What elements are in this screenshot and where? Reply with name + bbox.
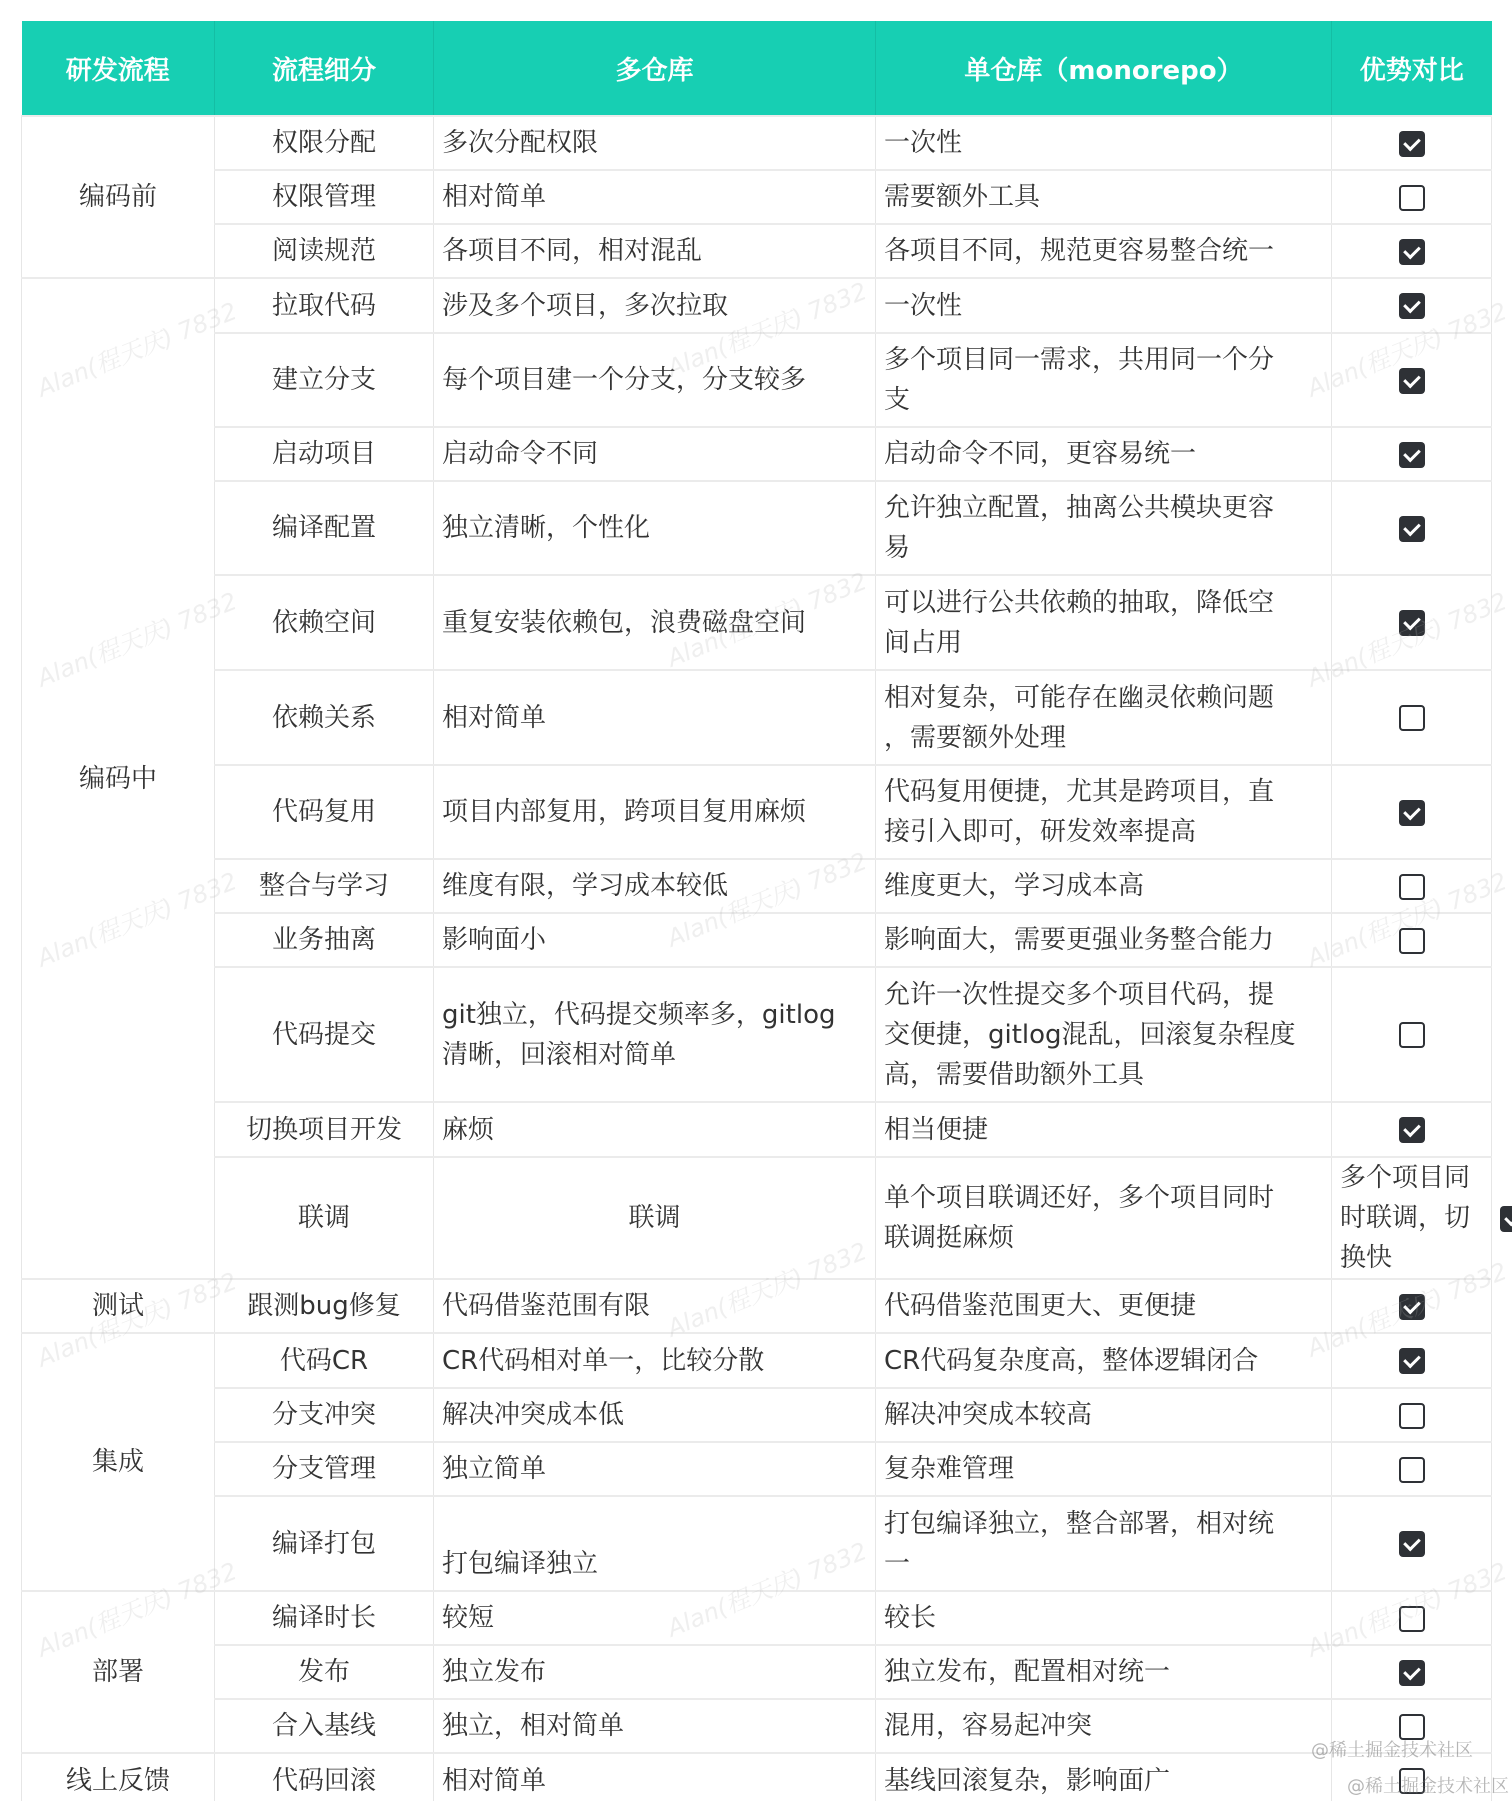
advantage-cell [1332,765,1492,859]
advantage-cell [1332,1333,1492,1388]
header-stage: 研发流程 [22,21,215,116]
advantage-cell [1332,481,1492,575]
checkbox-checked-icon[interactable] [1399,1531,1425,1557]
checkbox-unchecked-icon[interactable] [1399,185,1425,211]
monorepo-cell: 允许独立配置，抽离公共模块更容 易 [876,481,1332,575]
advantage-cell [1332,116,1492,170]
stage-cell: 线上反馈 [22,1753,215,1801]
table-row: 代码提交git独立，代码提交频率多，gitlog 清晰，回滚相对简单允许一次性提… [22,967,1492,1102]
table-row: 编码中拉取代码涉及多个项目，多次拉取一次性 [22,278,1492,333]
monorepo-cell: 打包编译独立，整合部署，相对统 一 [876,1496,1332,1591]
table-row: 分支冲突解决冲突成本低解决冲突成本较高 [22,1388,1492,1442]
substage-cell: 分支管理 [215,1442,434,1496]
advantage-cell [1332,1591,1492,1645]
multirepo-cell: 每个项目建一个分支，分支较多 [434,333,876,427]
substage-cell: 依赖关系 [215,670,434,765]
site-watermark-outer: @稀土掘金技术社区 [1347,1772,1509,1798]
comparison-table: 研发流程 流程细分 多仓库 单仓库（monorepo） 优势对比 编码前权限分配… [21,21,1492,1801]
multirepo-cell: 相对简单 [434,670,876,765]
multirepo-cell: CR代码相对单一，比较分散 [434,1333,876,1388]
header-monorepo: 单仓库（monorepo） [876,21,1332,116]
checkbox-checked-icon[interactable] [1399,442,1425,468]
table-row: 依赖空间重复安装依赖包，浪费磁盘空间可以进行公共依赖的抽取，降低空 间占用 [22,575,1492,670]
multirepo-cell: 独立发布 [434,1645,876,1699]
substage-cell: 代码提交 [215,967,434,1102]
table-row: 权限管理相对简单需要额外工具 [22,170,1492,224]
monorepo-cell: 相当便捷 [876,1102,1332,1157]
table-row: 编译配置独立清晰，个性化允许独立配置，抽离公共模块更容 易 [22,481,1492,575]
multirepo-cell: 独立简单 [434,1442,876,1496]
advantage-cell [1332,1645,1492,1699]
advantage-cell [1332,170,1492,224]
monorepo-cell: 维度更大，学习成本高 [876,859,1332,913]
advantage-cell [1332,859,1492,913]
substage-cell: 代码复用 [215,765,434,859]
monorepo-cell: 多个项目同一需求，共用同一个分 支 [876,333,1332,427]
table-row: 联调联调单个项目联调还好，多个项目同时 联调挺麻烦多个项目同时联调，切换快 [22,1157,1492,1279]
monorepo-cell: 复杂难管理 [876,1442,1332,1496]
substage-cell: 整合与学习 [215,859,434,913]
comparison-table-container: 研发流程 流程细分 多仓库 单仓库（monorepo） 优势对比 编码前权限分配… [21,21,1491,1801]
checkbox-checked-icon[interactable] [1399,800,1425,826]
multirepo-cell: 独立清晰，个性化 [434,481,876,575]
table-row: 业务抽离影响面小影响面大，需要更强业务整合能力 [22,913,1492,967]
checkbox-checked-icon[interactable] [1399,1294,1425,1320]
advantage-cell [1332,913,1492,967]
monorepo-cell: 一次性 [876,278,1332,333]
monorepo-cell: 代码复用便捷，尤其是跨项目，直 接引入即可，研发效率提高 [876,765,1332,859]
multirepo-cell: 麻烦 [434,1102,876,1157]
monorepo-cell: 启动命令不同，更容易统一 [876,427,1332,481]
table-row: 编码前权限分配多次分配权限一次性 [22,116,1492,170]
monorepo-cell: CR代码复杂度高，整体逻辑闭合 [876,1333,1332,1388]
monorepo-cell: 多个项目同时联调，切换快 [1332,1157,1492,1279]
multirepo-cell: 多次分配权限 [434,116,876,170]
monorepo-cell: 较长 [876,1591,1332,1645]
advantage-cell [1332,427,1492,481]
checkbox-unchecked-icon[interactable] [1399,1022,1425,1048]
header-row: 研发流程 流程细分 多仓库 单仓库（monorepo） 优势对比 [22,21,1492,116]
stage-cell: 部署 [22,1591,215,1753]
monorepo-cell: 影响面大，需要更强业务整合能力 [876,913,1332,967]
advantage-cell [1332,967,1492,1102]
monorepo-cell: 需要额外工具 [876,170,1332,224]
substage-cell: 联调 [434,1157,876,1279]
advantage-cell [1332,1496,1492,1591]
monorepo-cell: 独立发布，配置相对统一 [876,1645,1332,1699]
checkbox-checked-icon[interactable] [1399,368,1425,394]
advantage-cell [1332,1102,1492,1157]
substage-cell: 业务抽离 [215,913,434,967]
table-row: 编译打包 打包编译独立打包编译独立，整合部署，相对统 一 [22,1496,1492,1591]
table-row: 切换项目开发麻烦相当便捷 [22,1102,1492,1157]
checkbox-checked-icon[interactable] [1399,1117,1425,1143]
multirepo-cell: 影响面小 [434,913,876,967]
multirepo-cell: 打包编译独立 [434,1496,876,1591]
checkbox-checked-icon[interactable] [1399,1660,1425,1686]
monorepo-cell: 代码借鉴范围更大、更便捷 [876,1279,1332,1333]
checkbox-checked-icon[interactable] [1399,239,1425,265]
table-row: 部署编译时长较短较长 [22,1591,1492,1645]
substage-cell: 编译打包 [215,1496,434,1591]
substage-cell: 代码回滚 [215,1753,434,1801]
table-row: 建立分支每个项目建一个分支，分支较多多个项目同一需求，共用同一个分 支 [22,333,1492,427]
checkbox-checked-icon[interactable] [1500,1206,1512,1232]
stage-cell: 联调 [215,1157,434,1279]
multirepo-cell: 相对简单 [434,1753,876,1801]
header-advantage: 优势对比 [1332,21,1492,116]
site-watermark-inner: @稀土掘金技术社区 [1311,1736,1473,1762]
checkbox-unchecked-icon[interactable] [1399,874,1425,900]
advantage-cell [1332,575,1492,670]
substage-cell: 分支冲突 [215,1388,434,1442]
substage-cell: 权限管理 [215,170,434,224]
multirepo-cell: 维度有限，学习成本较低 [434,859,876,913]
monorepo-cell: 解决冲突成本较高 [876,1388,1332,1442]
substage-cell: 切换项目开发 [215,1102,434,1157]
monorepo-cell: 混用，容易起冲突 [876,1699,1332,1753]
table-row: 合入基线独立，相对简单混用，容易起冲突 [22,1699,1492,1753]
advantage-cell [1332,1279,1492,1333]
table-body: 编码前权限分配多次分配权限一次性权限管理相对简单需要额外工具阅读规范各项目不同，… [22,116,1492,1801]
advantage-cell [1332,670,1492,765]
multirepo-cell: 涉及多个项目，多次拉取 [434,278,876,333]
multirepo-cell: 各项目不同，相对混乱 [434,224,876,278]
header-substage: 流程细分 [215,21,434,116]
substage-cell: 启动项目 [215,427,434,481]
substage-cell: 建立分支 [215,333,434,427]
substage-cell: 代码CR [215,1333,434,1388]
multirepo-cell: 单个项目联调还好，多个项目同时 联调挺麻烦 [876,1157,1332,1279]
substage-cell: 权限分配 [215,116,434,170]
monorepo-cell: 允许一次性提交多个项目代码，提 交便捷，gitlog混乱，回滚复杂程度 高，需要… [876,967,1332,1102]
table-header: 研发流程 流程细分 多仓库 单仓库（monorepo） 优势对比 [22,21,1492,116]
multirepo-cell: 独立，相对简单 [434,1699,876,1753]
substage-cell: 发布 [215,1645,434,1699]
substage-cell: 阅读规范 [215,224,434,278]
substage-cell: 编译时长 [215,1591,434,1645]
table-row: 测试跟测bug修复代码借鉴范围有限代码借鉴范围更大、更便捷 [22,1279,1492,1333]
checkbox-unchecked-icon[interactable] [1399,705,1425,731]
advantage-cell [1332,1388,1492,1442]
checkbox-checked-icon[interactable] [1399,131,1425,157]
table-row: 整合与学习维度有限，学习成本较低维度更大，学习成本高 [22,859,1492,913]
checkbox-unchecked-icon[interactable] [1399,1403,1425,1429]
multirepo-cell: 较短 [434,1591,876,1645]
monorepo-cell: 一次性 [876,116,1332,170]
monorepo-cell: 各项目不同，规范更容易整合统一 [876,224,1332,278]
stage-cell: 集成 [22,1333,215,1591]
checkbox-checked-icon[interactable] [1399,1348,1425,1374]
stage-cell: 测试 [22,1279,215,1333]
substage-cell: 拉取代码 [215,278,434,333]
advantage-cell [1332,224,1492,278]
table-row: 发布独立发布独立发布，配置相对统一 [22,1645,1492,1699]
table-row: 阅读规范各项目不同，相对混乱各项目不同，规范更容易整合统一 [22,224,1492,278]
substage-cell: 依赖空间 [215,575,434,670]
substage-cell: 合入基线 [215,1699,434,1753]
checkbox-unchecked-icon[interactable] [1399,1457,1425,1483]
multirepo-cell: 项目内部复用，跨项目复用麻烦 [434,765,876,859]
table-row: 代码复用项目内部复用，跨项目复用麻烦代码复用便捷，尤其是跨项目，直 接引入即可，… [22,765,1492,859]
checkbox-checked-icon[interactable] [1399,516,1425,542]
multirepo-cell: 重复安装依赖包，浪费磁盘空间 [434,575,876,670]
monorepo-cell: 相对复杂，可能存在幽灵依赖问题 ，需要额外处理 [876,670,1332,765]
advantage-cell [1332,333,1492,427]
stage-cell: 编码中 [22,278,215,1279]
substage-cell: 跟测bug修复 [215,1279,434,1333]
monorepo-cell: 可以进行公共依赖的抽取，降低空 间占用 [876,575,1332,670]
multirepo-cell: 代码借鉴范围有限 [434,1279,876,1333]
stage-cell: 编码前 [22,116,215,278]
multirepo-cell: 解决冲突成本低 [434,1388,876,1442]
table-row: 分支管理独立简单复杂难管理 [22,1442,1492,1496]
advantage-cell [1332,1442,1492,1496]
checkbox-unchecked-icon[interactable] [1399,1606,1425,1632]
advantage-cell [1332,278,1492,333]
checkbox-checked-icon[interactable] [1399,610,1425,636]
table-row: 集成代码CRCR代码相对单一，比较分散CR代码复杂度高，整体逻辑闭合 [22,1333,1492,1388]
table-row: 线上反馈代码回滚相对简单基线回滚复杂，影响面广 [22,1753,1492,1801]
multirepo-cell: 启动命令不同 [434,427,876,481]
table-row: 依赖关系相对简单相对复杂，可能存在幽灵依赖问题 ，需要额外处理 [22,670,1492,765]
multirepo-cell: git独立，代码提交频率多，gitlog 清晰，回滚相对简单 [434,967,876,1102]
monorepo-cell: 基线回滚复杂，影响面广 [876,1753,1332,1801]
checkbox-unchecked-icon[interactable] [1399,928,1425,954]
substage-cell: 编译配置 [215,481,434,575]
multirepo-cell: 相对简单 [434,170,876,224]
checkbox-checked-icon[interactable] [1399,293,1425,319]
table-row: 启动项目启动命令不同启动命令不同，更容易统一 [22,427,1492,481]
header-multirepo: 多仓库 [434,21,876,116]
